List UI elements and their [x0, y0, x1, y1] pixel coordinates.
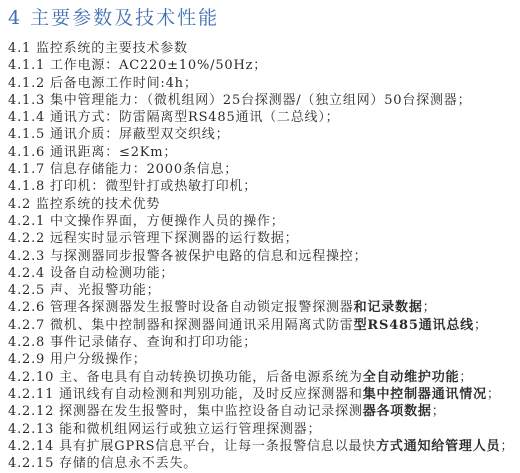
line-text: 4.2.14 具有扩展GPRS信息平台，让每一条报警信息以最快 [8, 439, 376, 454]
line-text: ； [474, 318, 488, 333]
line-text: 4.1.8 打印机：微型针打或热敏打印机； [8, 179, 257, 194]
doc-line: 4.1.5 通讯介质：屏蔽型双交织线； [8, 126, 514, 143]
line-text: 4.2.5 声、光报警功能； [8, 283, 160, 298]
line-text: 4.2.10 主、备电具有自动转换切换功能，后备电源系统为 [8, 370, 363, 385]
line-text: 4.2.8 事件记录储存、查询和打印功能； [8, 335, 257, 350]
line-text: 4.2.4 设备自动检测功能； [8, 266, 174, 281]
line-text: 4.2.11 通讯线有自动检测和判别功能，及时反应探测器和 [8, 387, 363, 402]
line-text: 4.1.2 后备电源工作时间:4h； [8, 76, 198, 91]
line-text: 4.2.12 探测器在发生报警时，集中监控设备自动记录探测 [8, 404, 363, 419]
line-text: 4.1.1 工作电源：AC220±10%/50Hz； [8, 58, 267, 73]
doc-line: 4.1.8 打印机：微型针打或热敏打印机； [8, 178, 514, 195]
doc-line: 4.1.1 工作电源：AC220±10%/50Hz； [8, 57, 514, 74]
doc-line: 4.1.3 集中管理能力：（微机组网）25台探测器/（独立组网）50台探测器； [8, 92, 514, 109]
doc-line: 4.2.1 中文操作界面，方便操作人员的操作； [8, 213, 514, 230]
doc-line: 4.1.2 后备电源工作时间:4h； [8, 75, 514, 92]
doc-line: 4.2.10 主、备电具有自动转换切换功能，后备电源系统为全自动维护功能； [8, 369, 514, 386]
doc-line: 4.2.3 与探测器同步报警各被保护电路的信息和远程操控； [8, 248, 514, 265]
doc-line: 4.2.15 存储的信息永不丢失。 [8, 455, 514, 472]
line-text: 4.2.7 微机、集中控制器和探测器间通讯采用隔离式防雷 [8, 318, 354, 333]
doc-line: 4.2.6 管理各探测器发生报警时设备自动锁定报警探测器和记录数据； [8, 299, 514, 316]
line-bold-text: 全自动维护功能 [363, 370, 460, 385]
line-bold-text: 型RS485通讯总线 [354, 318, 474, 333]
section-heading: 4 主要参数及技术性能 [8, 6, 514, 31]
doc-line: 4.2.4 设备自动检测功能； [8, 265, 514, 282]
line-text: ； [487, 387, 501, 402]
line-text: 4.2.2 远程实时显示管理下探测器的运行数据； [8, 231, 298, 246]
line-text: 4.2 监控系统的技术优势 [8, 197, 160, 212]
doc-line: 4.2.7 微机、集中控制器和探测器间通讯采用隔离式防雷型RS485通讯总线； [8, 317, 514, 334]
line-text: 4.1.6 通讯距离：≤2Km； [8, 145, 177, 160]
line-text: 4.1.4 通讯方式：防雷隔离型RS485通讯（二总线）； [8, 110, 339, 125]
doc-line: 4.1.4 通讯方式：防雷隔离型RS485通讯（二总线）； [8, 109, 514, 126]
doc-line: 4.2.9 用户分级操作； [8, 351, 514, 368]
parameter-list: 4.1 监控系统的主要技术参数4.1.1 工作电源：AC220±10%/50Hz… [8, 40, 514, 472]
line-text: 4.1 监控系统的主要技术参数 [8, 41, 188, 56]
doc-line: 4.2.2 远程实时显示管理下探测器的运行数据； [8, 230, 514, 247]
document-page: 4 主要参数及技术性能 4.1 监控系统的主要技术参数4.1.1 工作电源：AC… [0, 0, 520, 473]
doc-line: 4.2.8 事件记录储存、查询和打印功能； [8, 334, 514, 351]
line-bold-text: 集中控制器通讯情况 [363, 387, 487, 402]
line-text: 4.1.3 集中管理能力：（微机组网）25台探测器/（独立组网）50台探测器； [8, 93, 471, 108]
line-text: 4.2.1 中文操作界面，方便操作人员的操作； [8, 214, 285, 229]
doc-line: 4.1 监控系统的主要技术参数 [8, 40, 514, 57]
doc-line: 4.2.12 探测器在发生报警时，集中监控设备自动记录探测器各项数据； [8, 403, 514, 420]
line-text: ； [432, 404, 446, 419]
line-text: 4.2.13 能和微机组网运行或独立运行管理探测器； [8, 422, 321, 437]
doc-line: 4.1.6 通讯距离：≤2Km； [8, 144, 514, 161]
line-text: 4.2.15 存储的信息永不丢失。 [8, 456, 197, 471]
line-bold-text: 器各项数据 [363, 404, 432, 419]
line-text: 4.2.6 管理各探测器发生报警时设备自动锁定报警探测器 [8, 300, 354, 315]
doc-line: 4.2.11 通讯线有自动检测和判别功能，及时反应探测器和集中控制器通讯情况； [8, 386, 514, 403]
doc-line: 4.2.13 能和微机组网运行或独立运行管理探测器； [8, 421, 514, 438]
doc-line: 4.2 监控系统的技术优势 [8, 196, 514, 213]
line-text: 4.2.3 与探测器同步报警各被保护电路的信息和远程操控； [8, 249, 367, 264]
line-text: 4.1.5 通讯介质：屏蔽型双交织线； [8, 127, 229, 142]
line-text: ； [423, 300, 437, 315]
doc-line: 4.1.7 信息存储能力：2000条信息； [8, 161, 514, 178]
line-bold-text: 方式通知给管理人员 [376, 439, 500, 454]
line-text: 4.2.9 用户分级操作； [8, 352, 147, 367]
line-text: 4.1.7 信息存储能力：2000条信息； [8, 162, 238, 177]
doc-line: 4.2.5 声、光报警功能； [8, 282, 514, 299]
line-text: ； [459, 370, 473, 385]
line-text: ； [500, 439, 514, 454]
doc-line: 4.2.14 具有扩展GPRS信息平台，让每一条报警信息以最快方式通知给管理人员… [8, 438, 514, 455]
line-bold-text: 和记录数据 [354, 300, 423, 315]
